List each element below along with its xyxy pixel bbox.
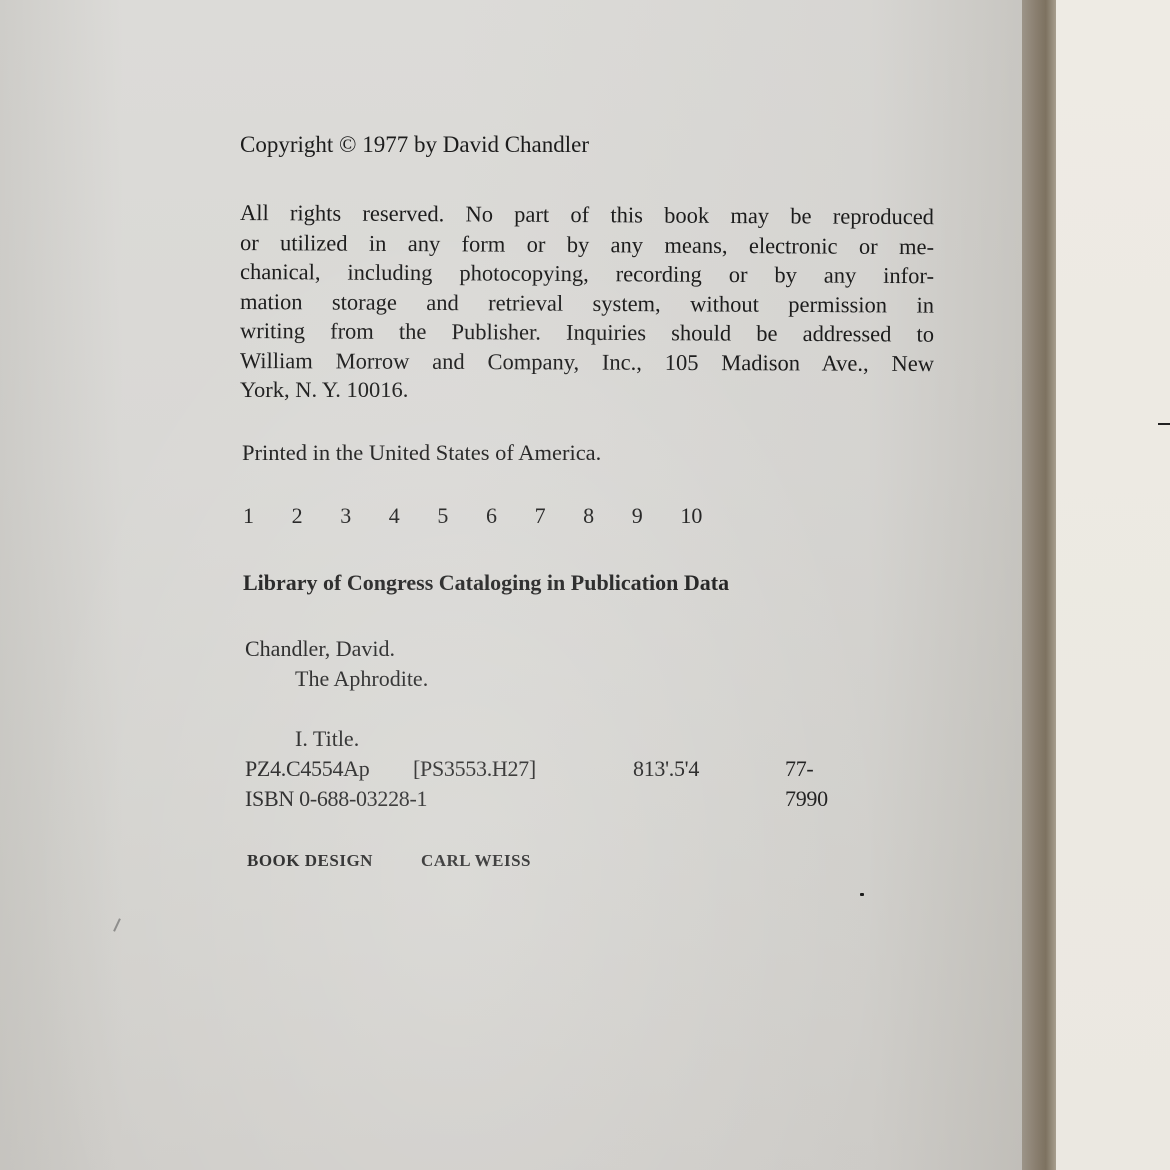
rights-line: chanical, including photocopying, record… bbox=[240, 257, 934, 291]
copyright-line: Copyright © 1977 by David Chandler bbox=[240, 130, 589, 160]
cip-block: Chandler, David. The Aphrodite. I. Title… bbox=[245, 634, 428, 814]
rights-line: writing from the Publisher. Inquiries sh… bbox=[240, 316, 934, 349]
printing-number: 10 bbox=[680, 503, 729, 529]
cip-call-row: PZ4.C4554Ap [PS3553.H27] 813'.5'4 77-799… bbox=[245, 754, 428, 784]
printing-number: 2 bbox=[292, 503, 341, 529]
rights-line: All rights reserved. No part of this boo… bbox=[240, 198, 934, 232]
cip-lccn: 77-7990 bbox=[785, 754, 828, 814]
cip-dewey: 813'.5'4 bbox=[633, 754, 699, 784]
book-design-label: BOOK DESIGN bbox=[247, 851, 373, 870]
book-design-credit: BOOK DESIGNCARL WEISS bbox=[247, 851, 531, 871]
facing-page-edge bbox=[1056, 0, 1170, 1170]
printing-number: 3 bbox=[340, 503, 389, 529]
rights-line: York, N. Y. 10016. bbox=[240, 375, 934, 405]
cip-isbn: ISBN 0-688-03228-1 bbox=[245, 784, 428, 814]
ink-speck bbox=[860, 893, 864, 896]
book-designer: CARL WEISS bbox=[421, 851, 531, 870]
paper-mark bbox=[113, 918, 121, 932]
cip-author: Chandler, David. bbox=[245, 634, 428, 664]
printing-number: 8 bbox=[583, 503, 632, 529]
printing-number: 4 bbox=[389, 503, 438, 529]
printing-number: 7 bbox=[535, 503, 584, 529]
rights-line: mation storage and retrieval system, wit… bbox=[240, 287, 934, 320]
copyright-page: Copyright © 1977 by David Chandler All r… bbox=[0, 0, 1022, 1170]
cip-alt-call-number: [PS3553.H27] bbox=[413, 754, 536, 784]
printed-in-line: Printed in the United States of America. bbox=[242, 438, 601, 468]
facing-page-mark bbox=[1158, 423, 1170, 425]
rights-paragraph: All rights reserved. No part of this boo… bbox=[240, 198, 940, 405]
page-gutter bbox=[1022, 0, 1056, 1170]
rights-line: William Morrow and Company, Inc., 105 Ma… bbox=[240, 346, 934, 379]
printing-number-line: 1 2 3 4 5 6 7 8 9 10 bbox=[243, 503, 729, 529]
cip-header: Library of Congress Cataloging in Public… bbox=[243, 568, 729, 598]
printing-number: 6 bbox=[486, 503, 535, 529]
printing-number: 5 bbox=[437, 503, 486, 529]
cip-call-number: PZ4.C4554Ap bbox=[245, 754, 369, 784]
cip-title: The Aphrodite. bbox=[245, 664, 428, 694]
printing-number: 9 bbox=[632, 503, 681, 529]
printing-number: 1 bbox=[243, 503, 292, 529]
cip-subject: I. Title. bbox=[245, 724, 428, 754]
rights-line: or utilized in any form or by any means,… bbox=[240, 228, 934, 262]
